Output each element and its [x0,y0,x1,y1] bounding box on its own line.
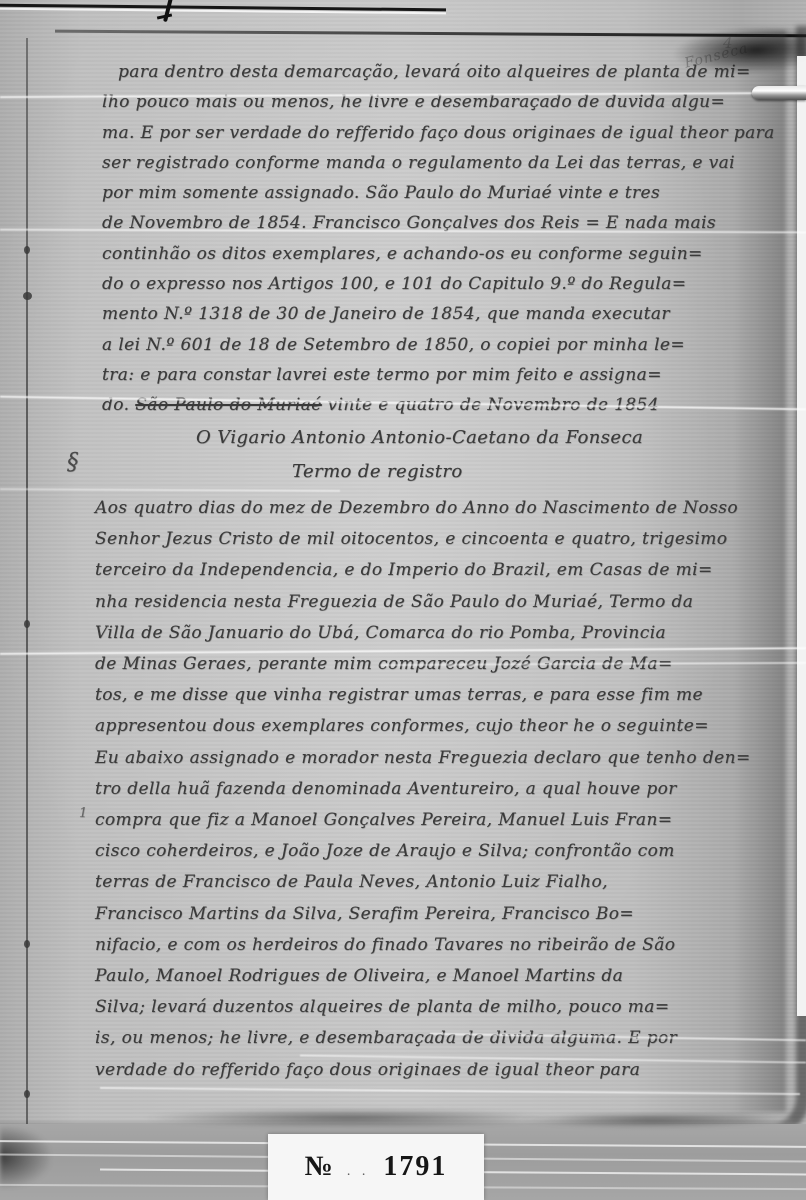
corner-shadow [0,1126,50,1188]
page-edge-shadow [0,26,806,1135]
registry-number-label: № . . 1791 [268,1134,484,1200]
registry-number: 1791 [383,1151,447,1183]
numero-sign: № [305,1151,333,1183]
binder-pin [752,86,806,100]
page-edge-shadow [140,1108,560,1128]
page-edge-shadow [520,1112,780,1128]
label-dots: . . [347,1164,370,1180]
scanner-background-strip [797,56,806,1016]
corner-shadow [673,25,806,78]
scanned-manuscript-page: 4 Fonseca para dentro desta demarcação, … [0,0,806,1200]
